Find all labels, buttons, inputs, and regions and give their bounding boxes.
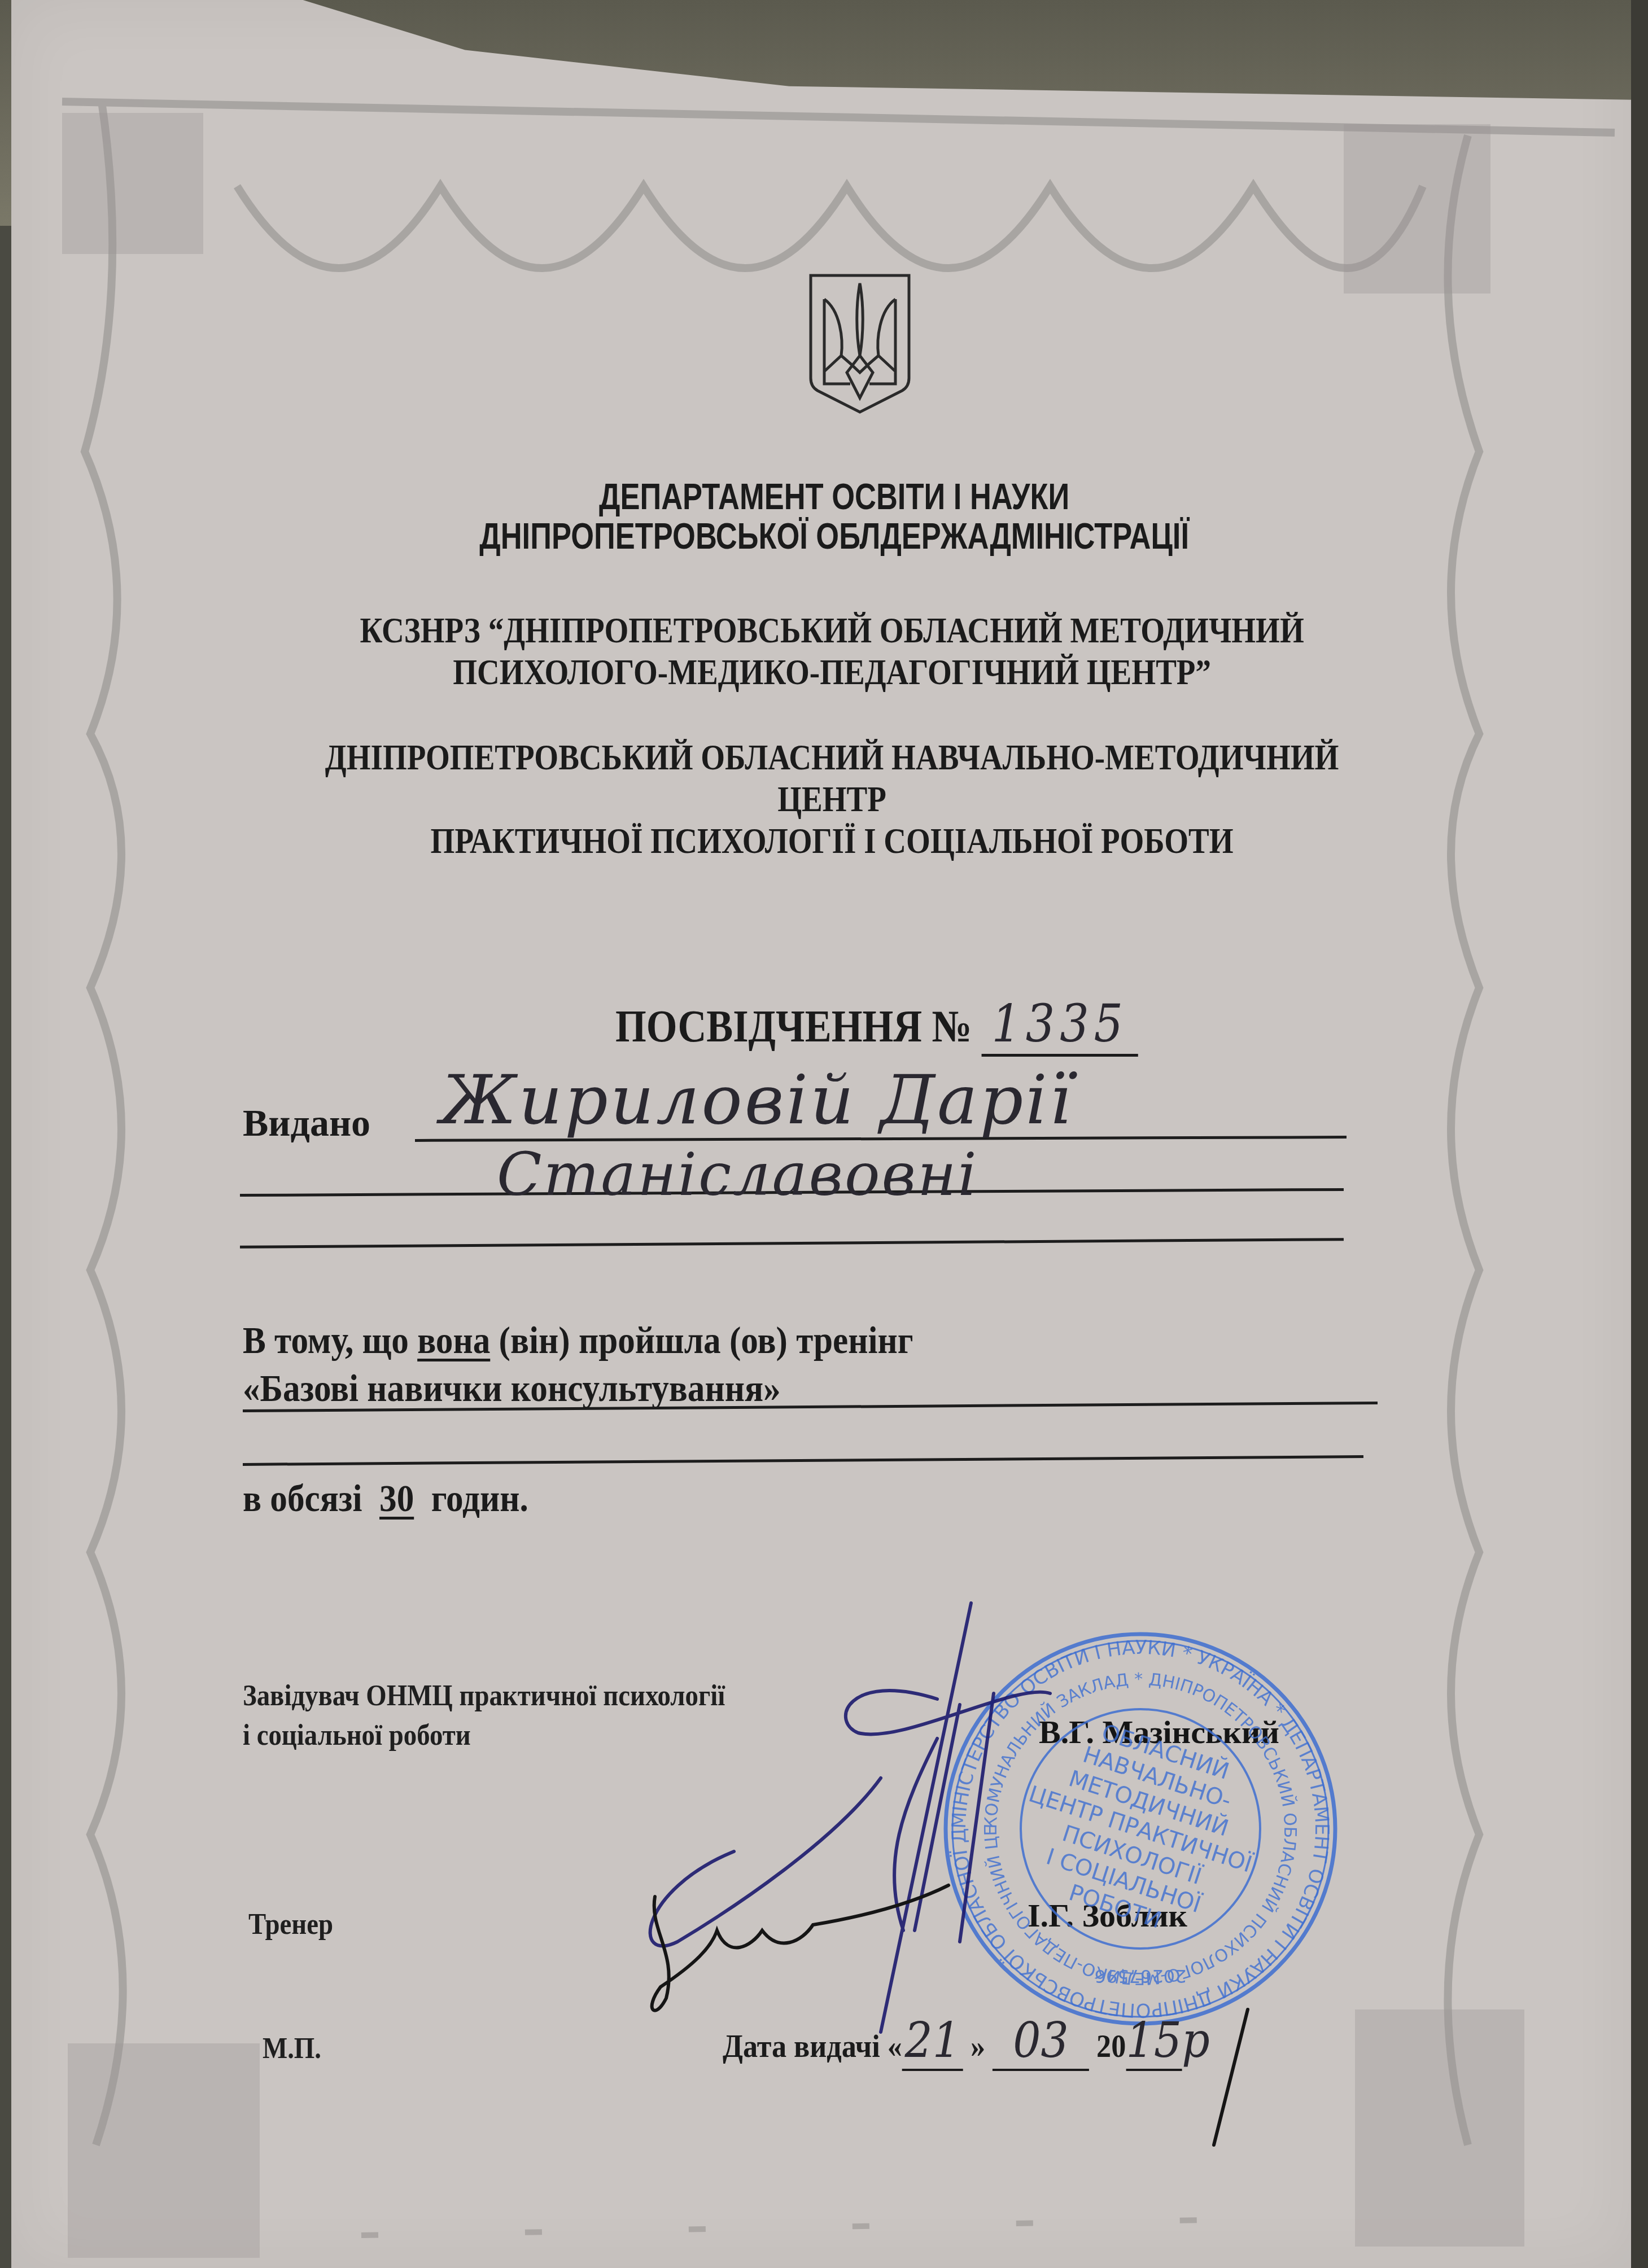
stamp-code: 20267596: [1095, 1965, 1187, 1987]
recipient-name-line2: Станіславовні: [497, 1140, 978, 1209]
institution-line2: ПСИХОЛОГО-МЕДИКО-ПЕДАГОГІЧНИЙ ЦЕНТР”: [123, 651, 1540, 693]
volume-suffix: годин.: [431, 1477, 528, 1520]
head-role-line1: Завідувач ОНМЦ практичної психології: [243, 1679, 725, 1713]
issued-to-label: Видано: [243, 1101, 370, 1145]
seal-placeholder-label: М.П.: [263, 2032, 321, 2065]
issue-date: Дата видачі «21 » 03 2015р: [723, 2012, 1210, 2071]
ukraine-trident-coat-of-arms-icon: [806, 271, 913, 415]
center-line1: ДНІПРОПЕТРОВСЬКИЙ ОБЛАСНИЙ НАВЧАЛЬНО-МЕТ…: [123, 737, 1540, 778]
issue-date-quote-close: »: [971, 2028, 985, 2064]
volume-prefix: в обсязі: [243, 1477, 362, 1520]
certificate-title-label: ПОСВІДЧЕННЯ №: [615, 1002, 972, 1052]
statement-suffix: (він) пройшла (ов) тренінг: [499, 1319, 913, 1361]
recipient-name-line1: Жириловій Дарії: [440, 1061, 1073, 1140]
issue-date-day: 21: [902, 2012, 963, 2071]
statement-prefix: В тому, що: [243, 1319, 409, 1361]
institution-line1: КСЗНРЗ “ДНІПРОПЕТРОВСЬКИЙ ОБЛАСНИЙ МЕТОД…: [123, 610, 1540, 651]
training-statement: В тому, що вона (він) пройшла (ов) трені…: [243, 1318, 913, 1363]
issue-date-year-abbr: р: [1182, 2012, 1210, 2069]
official-stamp: МІНІСТЕРСТВО ОСВІТИ І НАУКИ * УКРАЇНА * …: [937, 1626, 1344, 2032]
training-volume: в обсязі 30 годин.: [243, 1476, 528, 1521]
issue-date-year-prefix: 20: [1096, 2028, 1126, 2064]
issue-date-month: 03: [993, 2012, 1089, 2071]
certificate-title: ПОСВІДЧЕННЯ № 1335: [615, 993, 1138, 1057]
certificate-number: 1335: [982, 993, 1138, 1057]
trainer-role: Тренер: [248, 1908, 333, 1941]
photo-background-edge: [1631, 0, 1648, 2268]
center-line2: ЦЕНТР: [123, 778, 1540, 820]
issue-date-year-suffix: 15: [1126, 2012, 1182, 2071]
institution-name: КСЗНРЗ “ДНІПРОПЕТРОВСЬКИЙ ОБЛАСНИЙ МЕТОД…: [123, 610, 1540, 693]
head-role-line2: і соціальної роботи: [243, 1719, 471, 1752]
issuer-dept-line1: ДЕПАРТАМЕНТ ОСВІТИ І НАУКИ: [159, 477, 1510, 516]
pronoun-selected: вона: [417, 1319, 490, 1361]
issuer-department: ДЕПАРТАМЕНТ ОСВІТИ І НАУКИ ДНІПРОПЕТРОВС…: [159, 477, 1510, 556]
center-line3: ПРАКТИЧНОЇ ПСИХОЛОГІЇ І СОЦІАЛЬНОЇ РОБОТ…: [123, 820, 1540, 862]
issuer-dept-line2: ДНІПРОПЕТРОВСЬКОЇ ОБЛДЕРЖАДМІНІСТРАЦІЇ: [159, 516, 1510, 556]
training-hours: 30: [379, 1477, 414, 1520]
issue-date-label: Дата видачі «: [723, 2028, 902, 2064]
center-name: ДНІПРОПЕТРОВСЬКИЙ ОБЛАСНИЙ НАВЧАЛЬНО-МЕТ…: [123, 737, 1540, 862]
training-name: «Базові навички консультування»: [243, 1366, 781, 1411]
